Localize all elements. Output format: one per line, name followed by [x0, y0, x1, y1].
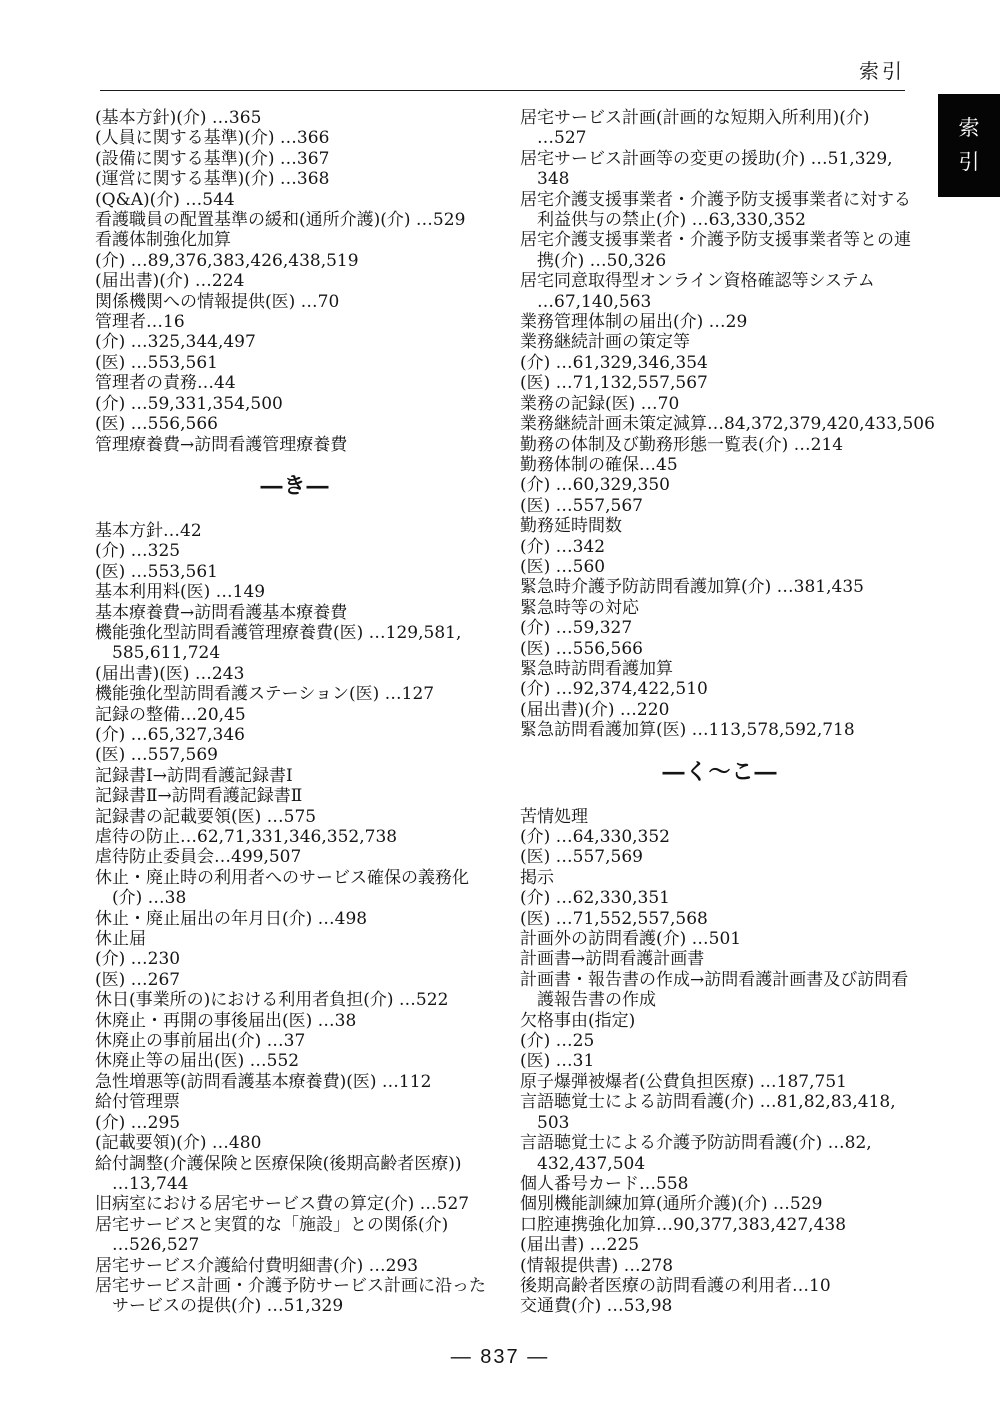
index-entry-line: 利益供与の禁止(介) …63,330,352: [520, 210, 920, 230]
index-entry-line: 記録書の記載要領(医) …575: [95, 807, 495, 827]
index-entry-line: 勤務の体制及び勤務形態一覧表(介) …214: [520, 435, 920, 455]
index-entry-line: 585,611,724: [95, 643, 495, 663]
index-entry-line: 機能強化型訪問看護管理療養費(医) …129,581,: [95, 623, 495, 643]
index-entry-line: (医) …71,552,557,568: [520, 909, 920, 929]
index-entry-line: 居宅同意取得型オンライン資格確認等システム: [520, 271, 920, 291]
index-entry-line: (医) …556,566: [95, 414, 495, 434]
index-entry-line: 基本利用料(医) …149: [95, 582, 495, 602]
index-entry-line: 記録の整備…20,45: [95, 705, 495, 725]
index-entry-line: (医) …557,569: [520, 847, 920, 867]
index-entry-line: 後期高齢者医療の訪問看護の利用者…10: [520, 1276, 920, 1296]
index-entry-line: (介) …89,376,383,426,438,519: [95, 251, 495, 271]
index-entry-line: (基本方針)(介) …365: [95, 108, 495, 128]
index-entry-line: (医) …560: [520, 557, 920, 577]
column-left: (基本方針)(介) …365(人員に関する基準)(介) …366(設備に関する基…: [95, 108, 495, 1317]
index-entry-line: (介) …342: [520, 537, 920, 557]
index-entry-line: (情報提供書) …278: [520, 1256, 920, 1276]
index-entry-line: 関係機関への情報提供(医) …70: [95, 292, 495, 312]
index-entry-line: (医) …556,566: [520, 639, 920, 659]
index-entry-line: 計画書→訪問看護計画書: [520, 949, 920, 969]
index-entry-line: 急性増悪等(訪問看護基本療養費)(医) …112: [95, 1072, 495, 1092]
index-entry-line: (介) …325: [95, 541, 495, 561]
index-entry-line: (介) …61,329,346,354: [520, 353, 920, 373]
index-entry-line: 機能強化型訪問看護ステーション(医) …127: [95, 684, 495, 704]
index-entry-line: (介) …295: [95, 1113, 495, 1133]
index-entry-line: 休廃止・再開の事後届出(医) …38: [95, 1011, 495, 1031]
index-entry-line: (介) …230: [95, 949, 495, 969]
index-entry-line: 居宅介護支援事業者・介護予防支援事業者等との連: [520, 230, 920, 250]
index-entry-line: (届出書) …225: [520, 1235, 920, 1255]
index-entry-line: (介) …59,331,354,500: [95, 394, 495, 414]
index-page: 索引 索 引 (基本方針)(介) …365(人員に関する基準)(介) …366(…: [0, 0, 1000, 1412]
index-entry-line: 休止届: [95, 929, 495, 949]
index-entry-line: 虐待の防止…62,71,331,346,352,738: [95, 827, 495, 847]
index-entry-line: 居宅サービス介護給付費明細書(介) …293: [95, 1256, 495, 1276]
index-entry-line: 掲示: [520, 868, 920, 888]
index-entry-line: 休止・廃止届出の年月日(介) …498: [95, 909, 495, 929]
index-entry-line: 休日(事業所の)における利用者負担(介) …522: [95, 990, 495, 1010]
index-entry-line: 勤務体制の確保…45: [520, 455, 920, 475]
index-entry-line: 432,437,504: [520, 1154, 920, 1174]
index-entry-line: 503: [520, 1113, 920, 1133]
index-entry-line: …13,744: [95, 1174, 495, 1194]
index-entry-line: (介) …25: [520, 1031, 920, 1051]
index-thumb-tab: 索 引: [938, 94, 1000, 197]
index-entry-line: 言語聴覚士による訪問看護(介) …81,82,83,418,: [520, 1092, 920, 1112]
index-entry-line: 記録書Ⅰ→訪問看護記録書Ⅰ: [95, 766, 495, 786]
index-entry-line: (運営に関する基準)(介) …368: [95, 169, 495, 189]
index-entry-line: (医) …31: [520, 1051, 920, 1071]
index-entry-line: 業務の記録(医) …70: [520, 394, 920, 414]
index-entry-line: 居宅サービス計画等の変更の援助(介) …51,329,: [520, 149, 920, 169]
index-entry-line: (届出書)(介) …220: [520, 700, 920, 720]
column-right: 居宅サービス計画(計画的な短期入所利用)(介)…527居宅サービス計画等の変更の…: [520, 108, 920, 1317]
index-entry-line: サービスの提供(介) …51,329: [95, 1296, 495, 1316]
tab-char: 引: [959, 152, 980, 173]
index-entry-line: 給付調整(介護保険と医療保険(後期高齢者医療)): [95, 1154, 495, 1174]
index-entry-line: …67,140,563: [520, 292, 920, 312]
index-entry-line: 言語聴覚士による介護予防訪問看護(介) …82,: [520, 1133, 920, 1153]
header-rule: [100, 90, 905, 91]
index-entry-line: 携(介) …50,326: [520, 251, 920, 271]
index-body: (基本方針)(介) …365(人員に関する基準)(介) …366(設備に関する基…: [95, 108, 920, 1317]
index-entry-line: (Q&A)(介) …544: [95, 190, 495, 210]
index-entry-line: 基本療養費→訪問看護基本療養費: [95, 603, 495, 623]
index-entry-line: 給付管理票: [95, 1092, 495, 1112]
index-entry-line: (介) …62,330,351: [520, 888, 920, 908]
section-header: ―き―: [95, 471, 495, 501]
index-entry-line: 欠格事由(指定): [520, 1011, 920, 1031]
index-entry-line: 居宅サービスと実質的な「施設」との関係(介): [95, 1215, 495, 1235]
index-entry-line: 管理者の責務…44: [95, 373, 495, 393]
index-entry-line: 原子爆弾被爆者(公費負担医療) …187,751: [520, 1072, 920, 1092]
index-entry-line: 居宅サービス計画・介護予防サービス計画に沿った: [95, 1276, 495, 1296]
index-entry-line: 交通費(介) …53,98: [520, 1296, 920, 1316]
index-entry-line: 苦情処理: [520, 807, 920, 827]
index-entry-line: 緊急時介護予防訪問看護加算(介) …381,435: [520, 577, 920, 597]
index-entry-line: 業務管理体制の届出(介) …29: [520, 312, 920, 332]
index-entry-line: 旧病室における居宅サービス費の算定(介) …527: [95, 1194, 495, 1214]
index-entry-line: (医) …557,569: [95, 745, 495, 765]
index-entry-line: 計画外の訪問看護(介) …501: [520, 929, 920, 949]
index-entry-line: 緊急時訪問看護加算: [520, 659, 920, 679]
index-entry-line: 348: [520, 169, 920, 189]
index-entry-line: 看護体制強化加算: [95, 230, 495, 250]
index-entry-line: 勤務延時間数: [520, 516, 920, 536]
index-entry-line: 個別機能訓練加算(通所介護)(介) …529: [520, 1194, 920, 1214]
index-entry-line: (介) …38: [95, 888, 495, 908]
tab-char: 索: [959, 118, 980, 139]
index-entry-line: (医) …553,561: [95, 562, 495, 582]
index-entry-line: 居宅サービス計画(計画的な短期入所利用)(介): [520, 108, 920, 128]
index-entry-line: 計画書・報告書の作成→訪問看護計画書及び訪問看: [520, 970, 920, 990]
index-entry-line: (人員に関する基準)(介) …366: [95, 128, 495, 148]
index-entry-line: (届出書)(医) …243: [95, 664, 495, 684]
index-entry-line: 休廃止等の届出(医) …552: [95, 1051, 495, 1071]
index-entry-line: 業務継続計画の策定等: [520, 332, 920, 352]
index-entry-line: 管理者…16: [95, 312, 495, 332]
index-entry-line: (届出書)(介) …224: [95, 271, 495, 291]
index-entry-line: 休廃止の事前届出(介) …37: [95, 1031, 495, 1051]
index-entry-line: (介) …64,330,352: [520, 827, 920, 847]
index-entry-line: 緊急時等の対応: [520, 598, 920, 618]
index-entry-line: 緊急訪問看護加算(医) …113,578,592,718: [520, 720, 920, 740]
index-entry-line: (介) …60,329,350: [520, 475, 920, 495]
section-header: ―く〜こ―: [520, 757, 920, 787]
index-entry-line: (介) …325,344,497: [95, 332, 495, 352]
page-header-title: 索引: [859, 55, 905, 84]
index-entry-line: (医) …71,132,557,567: [520, 373, 920, 393]
index-entry-line: 休止・廃止時の利用者へのサービス確保の義務化: [95, 868, 495, 888]
index-entry-line: (介) …59,327: [520, 618, 920, 638]
index-entry-line: 虐待防止委員会…499,507: [95, 847, 495, 867]
index-entry-line: 看護職員の配置基準の緩和(通所介護)(介) …529: [95, 210, 495, 230]
index-entry-line: (介) …92,374,422,510: [520, 679, 920, 699]
page-number: — 837 —: [0, 1346, 1000, 1369]
index-entry-line: (医) …557,567: [520, 496, 920, 516]
index-entry-line: (記載要領)(介) …480: [95, 1133, 495, 1153]
index-entry-line: …527: [520, 128, 920, 148]
index-entry-line: 管理療養費→訪問看護管理療養費: [95, 435, 495, 455]
index-entry-line: 業務継続計画未策定減算…84,372,379,420,433,506: [520, 414, 920, 434]
index-entry-line: (医) …267: [95, 970, 495, 990]
index-entry-line: …526,527: [95, 1235, 495, 1255]
index-entry-line: 口腔連携強化加算…90,377,383,427,438: [520, 1215, 920, 1235]
index-entry-line: 個人番号カード…558: [520, 1174, 920, 1194]
index-entry-line: 基本方針…42: [95, 521, 495, 541]
index-entry-line: 居宅介護支援事業者・介護予防支援事業者に対する: [520, 190, 920, 210]
index-entry-line: (介) …65,327,346: [95, 725, 495, 745]
index-entry-line: (医) …553,561: [95, 353, 495, 373]
index-entry-line: 記録書Ⅱ→訪問看護記録書Ⅱ: [95, 786, 495, 806]
index-entry-line: 護報告書の作成: [520, 990, 920, 1010]
index-entry-line: (設備に関する基準)(介) …367: [95, 149, 495, 169]
